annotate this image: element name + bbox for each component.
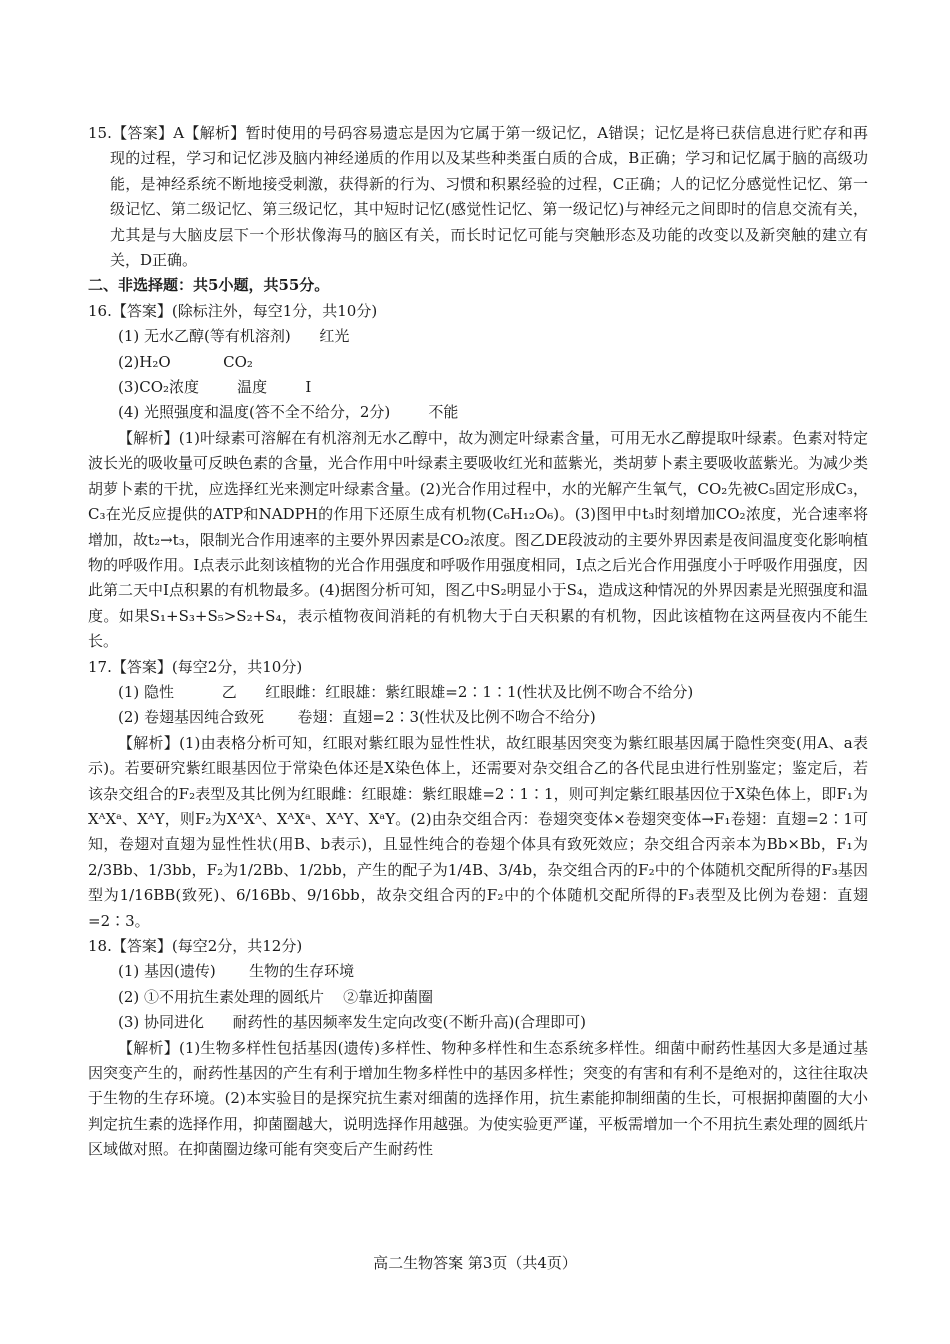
answer-page: 15.【答案】A【解析】暂时使用的号码容易遗忘是因为它属于第一级记忆，A错误；记… (88, 121, 868, 1163)
section-heading: 二、非选择题：共5小题，共55分。 (88, 273, 868, 298)
q16-analysis: 【解析】(1)叶绿素可溶解在有机溶剂无水乙醇中，故为测定叶绿素含量，可用无水乙醇… (88, 426, 868, 655)
q18-answer-1: (1) 基因(遗传) 生物的生存环境 (88, 959, 868, 984)
q15-answer: 15.【答案】A【解析】暂时使用的号码容易遗忘是因为它属于第一级记忆，A错误；记… (88, 121, 868, 273)
q18-analysis: 【解析】(1)生物多样性包括基因(遗传)多样性、物种多样性和生态系统多样性。细菌… (88, 1036, 868, 1163)
q16-answer-1: (1) 无水乙醇(等有机溶剂) 红光 (88, 324, 868, 349)
q18-header: 18.【答案】(每空2分，共12分) (88, 934, 868, 959)
q16-answer-4: (4) 光照强度和温度(答不全不给分，2分) 不能 (88, 400, 868, 425)
q16-answer-3: (3)CO₂浓度 温度 I (88, 375, 868, 400)
page-footer: 高二生物答案 第3页（共4页） (0, 1252, 950, 1273)
q17-answer-1: (1) 隐性 乙 红眼雌：红眼雄：紫红眼雄=2∶1∶1(性状及比例不吻合不给分) (88, 680, 868, 705)
q18-answer-2: (2) ①不用抗生素处理的圆纸片 ②靠近抑菌圈 (88, 985, 868, 1010)
q17-header: 17.【答案】(每空2分，共10分) (88, 655, 868, 680)
q16-header: 16.【答案】(除标注外，每空1分，共10分) (88, 299, 868, 324)
q17-answer-2: (2) 卷翅基因纯合致死 卷翅：直翅=2∶3(性状及比例不吻合不给分) (88, 705, 868, 730)
q17-analysis: 【解析】(1)由表格分析可知，红眼对紫红眼为显性性状，故红眼基因突变为紫红眼基因… (88, 731, 868, 934)
q18-answer-3: (3) 协同进化 耐药性的基因频率发生定向改变(不断升高)(合理即可) (88, 1010, 868, 1035)
q16-answer-2: (2)H₂O CO₂ (88, 350, 868, 375)
